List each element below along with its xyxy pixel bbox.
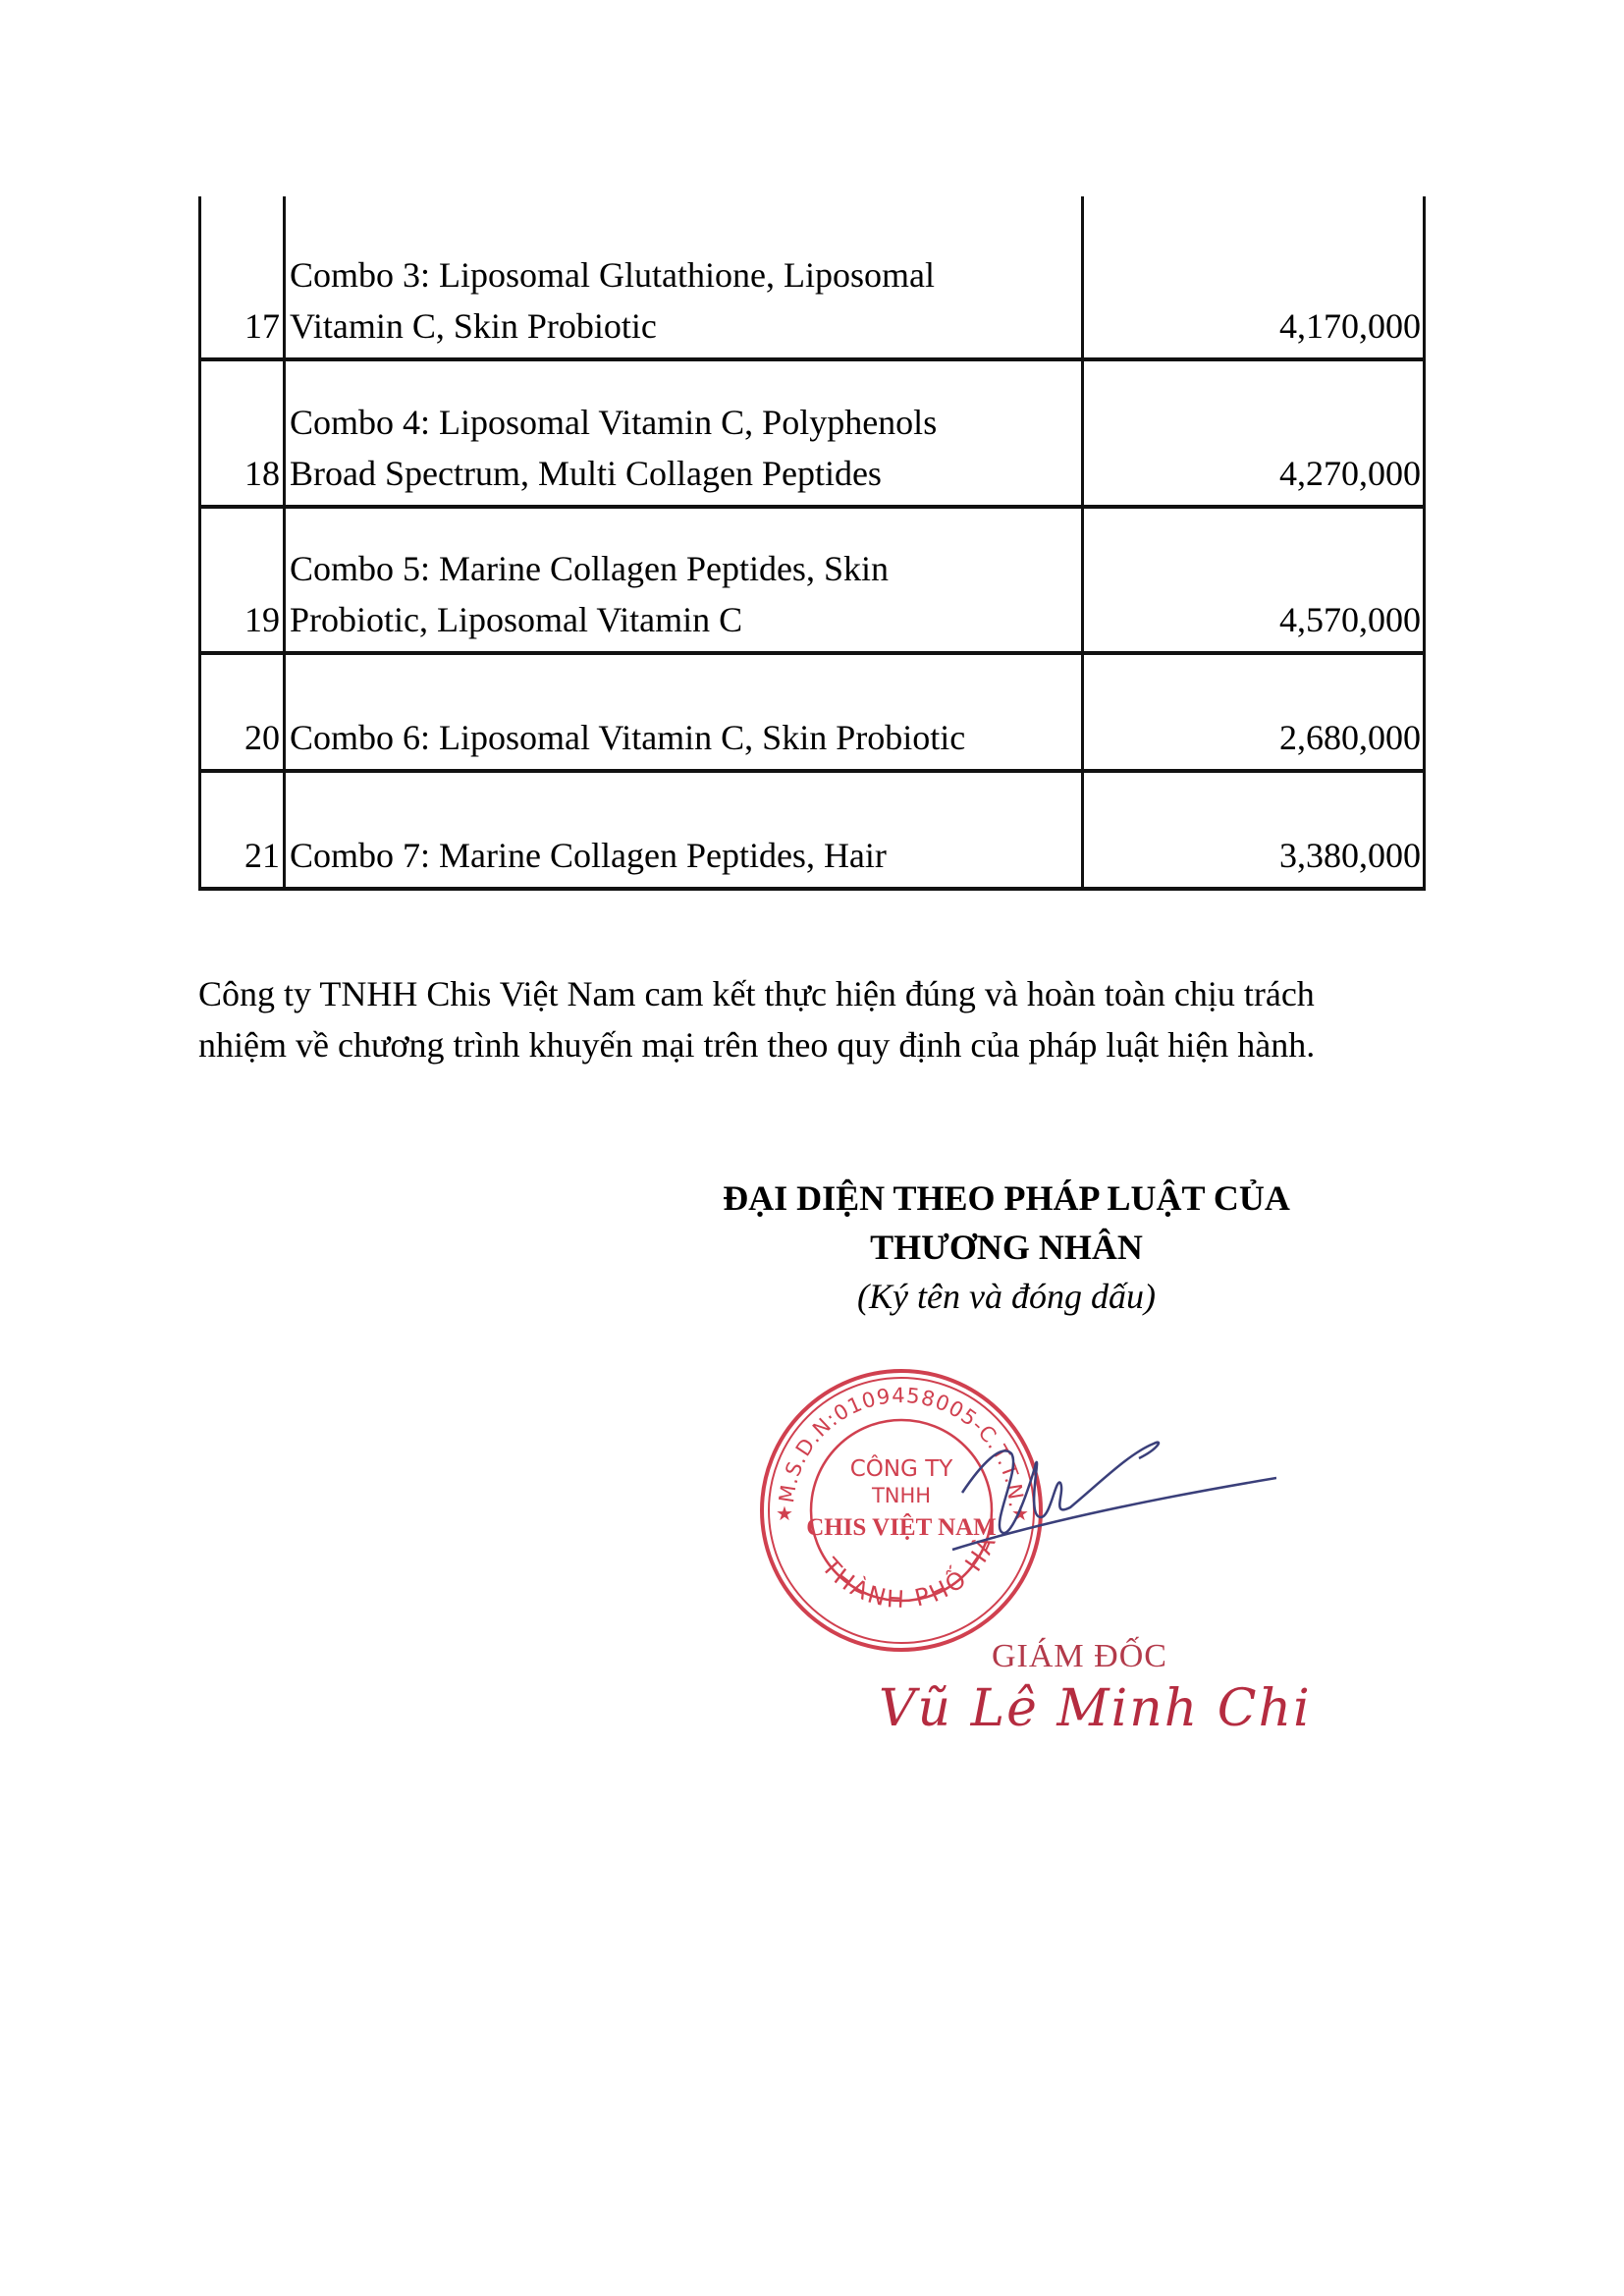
table-row: 17 Combo 3: Liposomal Glutathione, Lipos…	[198, 196, 1426, 361]
table-row: 20 Combo 6: Liposomal Vitamin C, Skin Pr…	[198, 655, 1426, 773]
combo-name-line: Broad Spectrum, Multi Collagen Peptides	[290, 448, 1081, 499]
combo-price: 3,380,000	[1084, 773, 1423, 887]
row-number: 18	[201, 361, 286, 505]
combo-name-line: Combo 7: Marine Collagen Peptides, Hair	[290, 830, 1081, 881]
combo-name: Combo 4: Liposomal Vitamin C, Polyphenol…	[286, 361, 1084, 505]
row-number: 21	[201, 773, 286, 887]
position-title: GIÁM ĐỐC	[992, 1638, 1167, 1675]
table-row: 21 Combo 7: Marine Collagen Peptides, Ha…	[198, 773, 1426, 891]
svg-text:CÔNG TY: CÔNG TY	[850, 1454, 954, 1482]
combo-name-line: Combo 5: Marine Collagen Peptides, Skin	[290, 543, 1081, 594]
combo-price: 4,170,000	[1084, 196, 1423, 357]
combo-price: 2,680,000	[1084, 655, 1423, 769]
combo-name: Combo 3: Liposomal Glutathione, Liposoma…	[286, 196, 1084, 357]
combo-name-line: Combo 3: Liposomal Glutathione, Liposoma…	[290, 249, 1081, 301]
price-table: 17 Combo 3: Liposomal Glutathione, Lipos…	[198, 196, 1426, 891]
document-page: 17 Combo 3: Liposomal Glutathione, Lipos…	[0, 0, 1624, 2296]
table-row: 18 Combo 4: Liposomal Vitamin C, Polyphe…	[198, 361, 1426, 509]
commitment-line: Công ty TNHH Chis Việt Nam cam kết thực …	[198, 968, 1435, 1019]
svg-text:★: ★	[776, 1503, 793, 1525]
legal-representative-title: THƯƠNG NHÂN	[668, 1223, 1345, 1272]
row-number: 20	[201, 655, 286, 769]
combo-name: Combo 7: Marine Collagen Peptides, Hair	[286, 773, 1084, 887]
director-name: Vũ Lê Minh Chi	[879, 1679, 1312, 1738]
commitment-statement: Công ty TNHH Chis Việt Nam cam kết thực …	[198, 968, 1435, 1070]
combo-name-line: Combo 6: Liposomal Vitamin C, Skin Probi…	[290, 712, 1081, 763]
combo-name: Combo 6: Liposomal Vitamin C, Skin Probi…	[286, 655, 1084, 769]
combo-price: 4,570,000	[1084, 509, 1423, 651]
handwritten-signature-icon	[943, 1424, 1276, 1552]
combo-name-line: Vitamin C, Skin Probiotic	[290, 301, 1081, 352]
combo-price: 4,270,000	[1084, 361, 1423, 505]
signature-heading: ĐẠI DIỆN THEO PHÁP LUẬT CỦA THƯƠNG NHÂN …	[668, 1174, 1345, 1321]
sign-and-seal-note: (Ký tên và đóng dấu)	[668, 1272, 1345, 1321]
commitment-line: nhiệm về chương trình khuyến mại trên th…	[198, 1019, 1435, 1070]
legal-representative-title: ĐẠI DIỆN THEO PHÁP LUẬT CỦA	[668, 1174, 1345, 1223]
combo-name: Combo 5: Marine Collagen Peptides, Skin …	[286, 509, 1084, 651]
combo-name-line: Probiotic, Liposomal Vitamin C	[290, 594, 1081, 645]
combo-name-line: Combo 4: Liposomal Vitamin C, Polyphenol…	[290, 397, 1081, 448]
svg-text:TNHH: TNHH	[871, 1484, 931, 1507]
row-number: 17	[201, 196, 286, 357]
table-row: 19 Combo 5: Marine Collagen Peptides, Sk…	[198, 509, 1426, 655]
row-number: 19	[201, 509, 286, 651]
